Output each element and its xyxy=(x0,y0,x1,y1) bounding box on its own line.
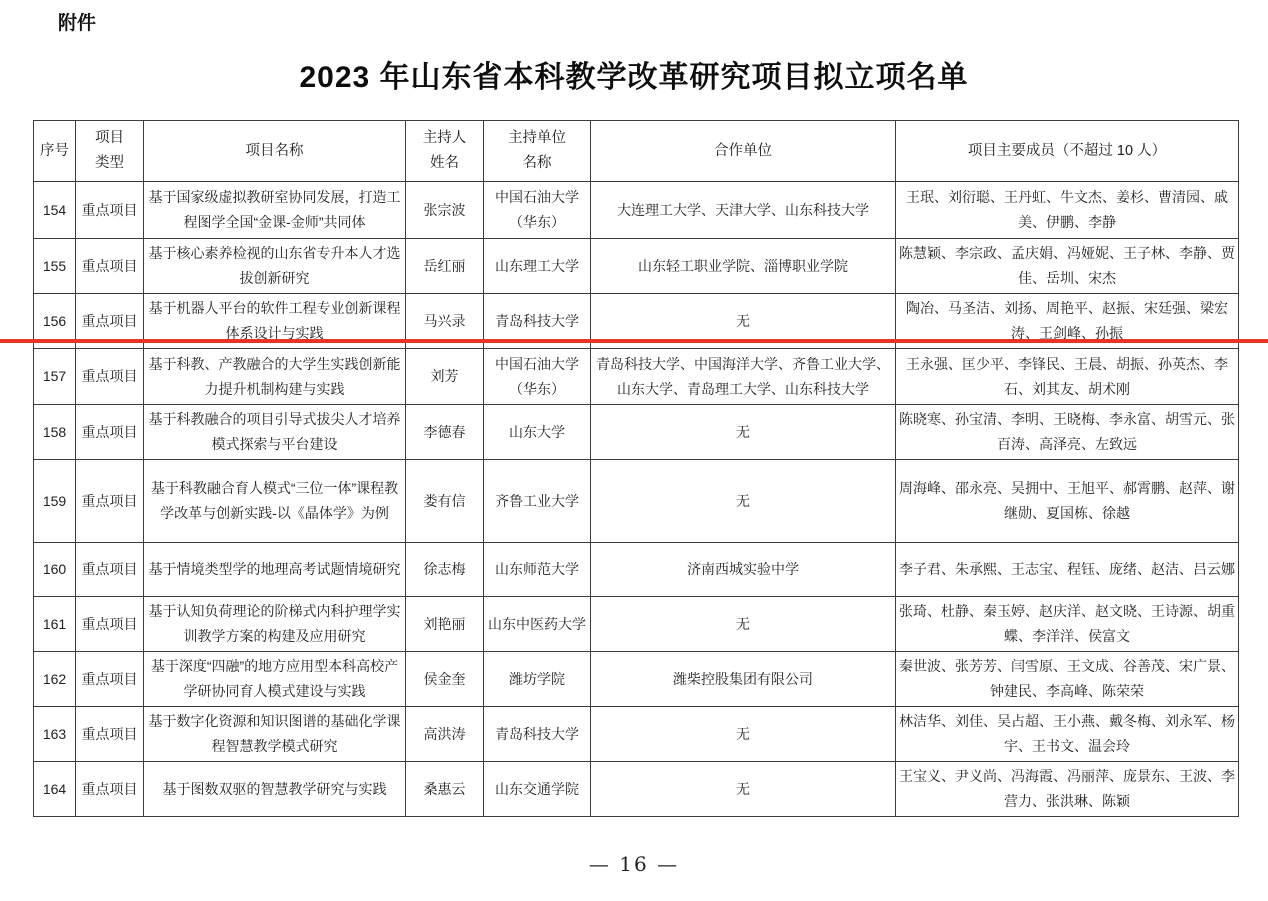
cell-seq: 157 xyxy=(34,349,76,405)
cell-members: 秦世波、张芳芳、闫雪原、王文成、谷善茂、宋广景、钟建民、李高峰、陈荣荣 xyxy=(896,652,1239,707)
cell-members: 王珉、刘衍聪、王丹虹、牛文杰、姜杉、曹清园、戚美、伊鹏、李静 xyxy=(896,182,1239,239)
cell-seq: 155 xyxy=(34,239,76,294)
cell-title: 基于图数双驱的智慧教学研究与实践 xyxy=(144,762,406,817)
cell-seq: 159 xyxy=(34,460,76,543)
cell-seq: 164 xyxy=(34,762,76,817)
cell-title: 基于认知负荷理论的阶梯式内科护理学实训教学方案的构建及应用研究 xyxy=(144,597,406,652)
header-partners: 合作单位 xyxy=(591,121,896,182)
cell-seq: 158 xyxy=(34,405,76,460)
red-highlight-line xyxy=(0,339,1268,343)
table-row: 163 重点项目 基于数字化资源和知识图谱的基础化学课程智慧教学模式研究 高洪涛… xyxy=(34,707,1239,762)
cell-institution: 青岛科技大学 xyxy=(484,707,591,762)
cell-leader: 李德春 xyxy=(406,405,484,460)
attachment-label: 附件 xyxy=(58,8,96,35)
cell-type: 重点项目 xyxy=(76,762,144,817)
cell-title: 基于核心素养检视的山东省专升本人才选拔创新研究 xyxy=(144,239,406,294)
cell-partners: 无 xyxy=(591,707,896,762)
header-leader: 主持人姓名 xyxy=(406,121,484,182)
cell-partners: 大连理工大学、天津大学、山东科技大学 xyxy=(591,182,896,239)
cell-members: 陈晓寒、孙宝清、李明、王晓梅、李永富、胡雪元、张百涛、高泽亮、左致远 xyxy=(896,405,1239,460)
cell-members: 张琦、杜静、秦玉婷、赵庆洋、赵文晓、王诗源、胡重蝶、李洋洋、侯富文 xyxy=(896,597,1239,652)
header-institution: 主持单位名称 xyxy=(484,121,591,182)
cell-partners: 潍柴控股集团有限公司 xyxy=(591,652,896,707)
projects-table: 序号 项目类型 项目名称 主持人姓名 主持单位名称 合作单位 项目主要成员（不超… xyxy=(33,120,1239,817)
cell-type: 重点项目 xyxy=(76,239,144,294)
cell-seq: 154 xyxy=(34,182,76,239)
cell-type: 重点项目 xyxy=(76,707,144,762)
cell-institution: 山东大学 xyxy=(484,405,591,460)
cell-leader: 娄有信 xyxy=(406,460,484,543)
cell-partners: 无 xyxy=(591,762,896,817)
cell-type: 重点项目 xyxy=(76,597,144,652)
cell-institution: 山东理工大学 xyxy=(484,239,591,294)
table-row: 160 重点项目 基于情境类型学的地理高考试题情境研究 徐志梅 山东师范大学 济… xyxy=(34,543,1239,597)
page-title: 2023 年山东省本科教学改革研究项目拟立项名单 xyxy=(0,52,1268,96)
cell-members: 李子君、朱承熙、王志宝、程钰、庞绪、赵洁、吕云娜 xyxy=(896,543,1239,597)
page-number: — 16 — xyxy=(0,852,1268,876)
header-seq: 序号 xyxy=(34,121,76,182)
table-row: 157 重点项目 基于科教、产教融合的大学生实践创新能力提升机制构建与实践 刘芳… xyxy=(34,349,1239,405)
cell-title: 基于科教融合育人模式“三位一体”课程教学改革与创新实践-以《晶体学》为例 xyxy=(144,460,406,543)
cell-institution: 山东交通学院 xyxy=(484,762,591,817)
cell-institution: 潍坊学院 xyxy=(484,652,591,707)
cell-institution: 中国石油大学（华东） xyxy=(484,182,591,239)
cell-partners: 无 xyxy=(591,597,896,652)
cell-title: 基于数字化资源和知识图谱的基础化学课程智慧教学模式研究 xyxy=(144,707,406,762)
table-row: 154 重点项目 基于国家级虚拟教研室协同发展，打造工程图学全国“金课-金师”共… xyxy=(34,182,1239,239)
cell-leader: 岳红丽 xyxy=(406,239,484,294)
cell-institution: 山东中医药大学 xyxy=(484,597,591,652)
table-header-row: 序号 项目类型 项目名称 主持人姓名 主持单位名称 合作单位 项目主要成员（不超… xyxy=(34,121,1239,182)
cell-title: 基于深度“四融”的地方应用型本科高校产学研协同育人模式建设与实践 xyxy=(144,652,406,707)
table-row: 155 重点项目 基于核心素养检视的山东省专升本人才选拔创新研究 岳红丽 山东理… xyxy=(34,239,1239,294)
cell-type: 重点项目 xyxy=(76,652,144,707)
cell-title: 基于国家级虚拟教研室协同发展，打造工程图学全国“金课-金师”共同体 xyxy=(144,182,406,239)
cell-partners: 青岛科技大学、中国海洋大学、齐鲁工业大学、山东大学、青岛理工大学、山东科技大学 xyxy=(591,349,896,405)
cell-seq: 163 xyxy=(34,707,76,762)
cell-seq: 162 xyxy=(34,652,76,707)
cell-type: 重点项目 xyxy=(76,460,144,543)
cell-type: 重点项目 xyxy=(76,543,144,597)
cell-partners: 山东轻工职业学院、淄博职业学院 xyxy=(591,239,896,294)
cell-type: 重点项目 xyxy=(76,405,144,460)
cell-leader: 高洪涛 xyxy=(406,707,484,762)
table-row: 159 重点项目 基于科教融合育人模式“三位一体”课程教学改革与创新实践-以《晶… xyxy=(34,460,1239,543)
cell-type: 重点项目 xyxy=(76,349,144,405)
cell-institution: 齐鲁工业大学 xyxy=(484,460,591,543)
cell-leader: 侯金奎 xyxy=(406,652,484,707)
header-members: 项目主要成员（不超过 10 人） xyxy=(896,121,1239,182)
cell-leader: 张宗波 xyxy=(406,182,484,239)
cell-partners: 济南西城实验中学 xyxy=(591,543,896,597)
document-page: { "page": { "attachment_label": "附件", "t… xyxy=(0,0,1268,901)
cell-institution: 中国石油大学（华东） xyxy=(484,349,591,405)
cell-members: 周海峰、邵永亮、吴拥中、王旭平、郝霄鹏、赵萍、谢继勋、夏国栋、徐越 xyxy=(896,460,1239,543)
cell-leader: 桑惠云 xyxy=(406,762,484,817)
cell-seq: 160 xyxy=(34,543,76,597)
cell-title: 基于科教、产教融合的大学生实践创新能力提升机制构建与实践 xyxy=(144,349,406,405)
cell-partners: 无 xyxy=(591,460,896,543)
table-row: 162 重点项目 基于深度“四融”的地方应用型本科高校产学研协同育人模式建设与实… xyxy=(34,652,1239,707)
table-row: 164 重点项目 基于图数双驱的智慧教学研究与实践 桑惠云 山东交通学院 无 王… xyxy=(34,762,1239,817)
cell-members: 陈慧颖、李宗政、孟庆娟、冯娅妮、王子林、李静、贾佳、岳圳、宋杰 xyxy=(896,239,1239,294)
cell-partners: 无 xyxy=(591,405,896,460)
cell-members: 林洁华、刘佳、吴占超、王小燕、戴冬梅、刘永军、杨宇、王书文、温会玲 xyxy=(896,707,1239,762)
cell-title: 基于情境类型学的地理高考试题情境研究 xyxy=(144,543,406,597)
cell-leader: 刘艳丽 xyxy=(406,597,484,652)
cell-members: 王宝义、尹义尚、冯海霞、冯丽萍、庞景东、王波、李营力、张洪琳、陈颖 xyxy=(896,762,1239,817)
cell-seq: 161 xyxy=(34,597,76,652)
cell-type: 重点项目 xyxy=(76,182,144,239)
cell-title: 基于科教融合的项目引导式拔尖人才培养模式探索与平台建设 xyxy=(144,405,406,460)
table-row: 158 重点项目 基于科教融合的项目引导式拔尖人才培养模式探索与平台建设 李德春… xyxy=(34,405,1239,460)
cell-leader: 徐志梅 xyxy=(406,543,484,597)
cell-members: 王永强、匡少平、李锋民、王晨、胡振、孙英杰、李石、刘其友、胡术刚 xyxy=(896,349,1239,405)
cell-institution: 山东师范大学 xyxy=(484,543,591,597)
header-title: 项目名称 xyxy=(144,121,406,182)
table-row: 161 重点项目 基于认知负荷理论的阶梯式内科护理学实训教学方案的构建及应用研究… xyxy=(34,597,1239,652)
cell-leader: 刘芳 xyxy=(406,349,484,405)
header-type: 项目类型 xyxy=(76,121,144,182)
